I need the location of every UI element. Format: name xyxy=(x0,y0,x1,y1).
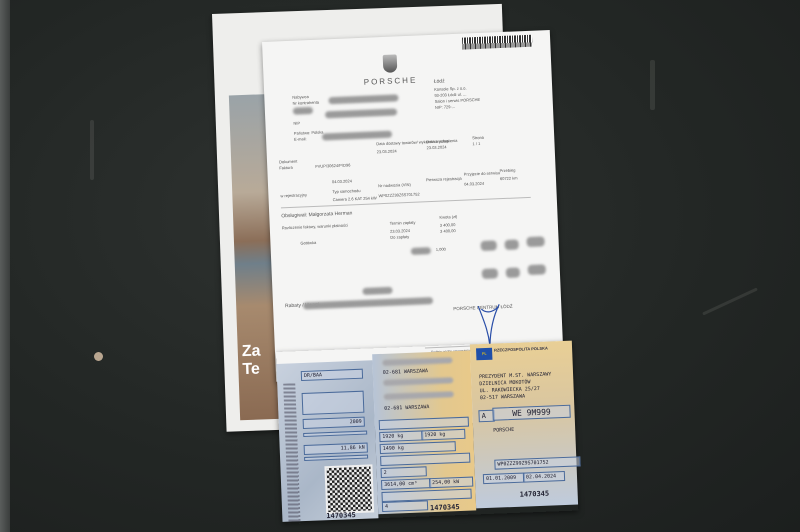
owner-city: 02-681 WARSZAWA xyxy=(384,404,429,412)
eu-flag-icon: PL xyxy=(476,348,492,361)
invoice-document: PORSCHE Łódź Konsole Sp. z o.o. 93-203 Ł… xyxy=(262,30,564,382)
redacted-email xyxy=(322,131,392,141)
redacted-holder xyxy=(382,357,452,366)
reg-series: DR/BAA xyxy=(301,369,363,381)
porsche-crest-icon xyxy=(383,54,398,73)
redacted-price xyxy=(411,247,431,255)
reg-panel-left: DR/BAA 2009 11,86 kN 1470345 xyxy=(276,360,378,522)
reg-p2: 254,00 kW xyxy=(429,477,473,489)
car-type-label: Typ samochodu xyxy=(332,188,360,194)
first-reg-label: Pierwsza rejestracja xyxy=(426,176,462,182)
mileage-value: 60722 km xyxy=(500,175,518,181)
redacted-holder xyxy=(383,377,453,386)
payment-date: 23.03.2024 xyxy=(390,228,410,234)
redacted-vat xyxy=(481,240,497,251)
redacted-remark xyxy=(303,297,433,309)
vin-label: Nr nadwozia (VIN) xyxy=(378,182,411,188)
barcode xyxy=(462,35,532,50)
qr-code xyxy=(324,464,374,514)
reg-f1: 1920 kg xyxy=(379,430,423,442)
serial-number: 1470345 xyxy=(326,511,356,520)
reg-power: 11,86 kN xyxy=(304,443,368,455)
surface-scratch xyxy=(702,287,758,315)
seller-city: Łódź xyxy=(434,78,445,84)
reg-field-k xyxy=(380,453,470,466)
reg-panel-right: PL RZECZPOSPOLITA POLSKA PREZYDENT M.ST.… xyxy=(470,341,578,509)
serial-column xyxy=(283,383,300,523)
vehicle-vin: WP0ZZZ99Z9S701752 xyxy=(494,456,580,469)
surface-scratch xyxy=(650,60,655,110)
reg-blank-box xyxy=(304,455,368,461)
to-pay-label: Do zapłaty xyxy=(390,234,409,240)
payment-label: Rozliczenie faktury, warunki płatności xyxy=(282,223,348,231)
holder-city: 02-681 WARSZAWA xyxy=(383,368,428,376)
reg-field-c xyxy=(379,417,469,430)
reg-year: 2009 xyxy=(303,417,365,429)
registration-plate: WE 9M999 xyxy=(492,405,570,421)
vin-value: WP0ZZZ99Z6S701752 xyxy=(378,192,419,199)
buyer-label: Nabywca xyxy=(292,94,309,100)
surface-speck xyxy=(94,352,103,361)
redacted-vat xyxy=(505,239,519,250)
issue-date-label: Data wystawienia xyxy=(426,138,457,144)
page-label: Strona xyxy=(472,135,484,140)
redacted-field xyxy=(328,94,398,104)
reg-p1: 3614,00 cm³ xyxy=(381,478,431,490)
redacted-remark xyxy=(362,287,392,295)
qty-value: 1,000 xyxy=(436,246,446,251)
amount-label: Kwota (zł) xyxy=(439,214,457,220)
reg-l: 2 xyxy=(381,466,427,478)
brochure-headline: Za Te xyxy=(242,343,262,380)
mileage-label: Przebieg xyxy=(499,168,515,174)
cash-label: Gotówka xyxy=(300,240,316,246)
authority-line: UL. RAKOWIECKA 25/27 xyxy=(480,386,540,394)
document-label: Dokument xyxy=(279,159,297,165)
vehicle-make: PORSCHE xyxy=(493,427,514,434)
divider xyxy=(281,197,531,208)
registration-certificate: DR/BAA 2009 11,86 kN 1470345 02-681 WARS… xyxy=(276,341,578,522)
invoice-label: Faktura xyxy=(279,165,293,171)
service-date: 23.03.2024 xyxy=(377,148,397,154)
accepted-label: Przyjęcie do serwisu xyxy=(464,170,501,177)
accepted-date: 04.03.2024 xyxy=(464,181,484,187)
reg-s1: 4 xyxy=(382,500,428,512)
car-type: Camera 2.6 KAT 254 kW xyxy=(333,195,377,202)
country-label: Państwo: Polska xyxy=(294,130,324,136)
redacted-field xyxy=(293,107,313,115)
brand-name: PORSCHE xyxy=(364,76,418,87)
table-edge xyxy=(0,0,10,532)
redacted-vat xyxy=(506,267,520,278)
seller-line: Salon i serwis PORSCHE xyxy=(435,97,481,104)
redacted-gross xyxy=(528,264,546,275)
serial-number: 1470345 xyxy=(430,503,460,512)
serial-number: 1470345 xyxy=(520,490,550,499)
surface-scratch xyxy=(90,120,94,180)
reg-no-label: w rejestracyjny xyxy=(280,192,307,198)
reg-g: 1490 kg xyxy=(380,441,456,454)
nip-label: NIP xyxy=(293,120,300,125)
issue-date: 23.03.2024 xyxy=(426,144,446,150)
amount-2: 3 400,00 xyxy=(440,228,456,234)
client-no-label: Nr kontrahenta xyxy=(292,100,319,106)
order-date: 04.03.2024 xyxy=(332,178,352,184)
seller-line: NIP: 729-... xyxy=(435,104,455,110)
handled-by: Obsługiwał: Małgorzata Herman xyxy=(281,210,352,219)
redacted-owner xyxy=(384,391,454,400)
reg-blank-box xyxy=(302,391,365,415)
reg-f2: 1920 kg xyxy=(421,429,465,441)
page-value: 1 / 1 xyxy=(472,141,480,146)
amount-1: 3 400,00 xyxy=(440,222,456,228)
date-issue: 02.04.2024 xyxy=(523,471,565,483)
date-first-reg: 01.01.2009 xyxy=(483,473,525,485)
reg-blank-box xyxy=(303,431,367,437)
redacted-field xyxy=(325,108,397,118)
email-label: E-mail: xyxy=(294,136,307,142)
authority-line: 02-517 WARSZAWA xyxy=(480,393,525,401)
reg-panel-middle: 02-681 WARSZAWA 02-681 WARSZAWA 1920 kg … xyxy=(372,351,476,515)
redacted-gross xyxy=(526,236,544,247)
country-header: RZECZPOSPOLITA POLSKA xyxy=(494,346,548,353)
redacted-vat xyxy=(482,268,498,279)
doc-number: FVUP/30624/P/D96 xyxy=(315,162,350,168)
payment-date-label: Termin zapłaty xyxy=(390,220,416,226)
